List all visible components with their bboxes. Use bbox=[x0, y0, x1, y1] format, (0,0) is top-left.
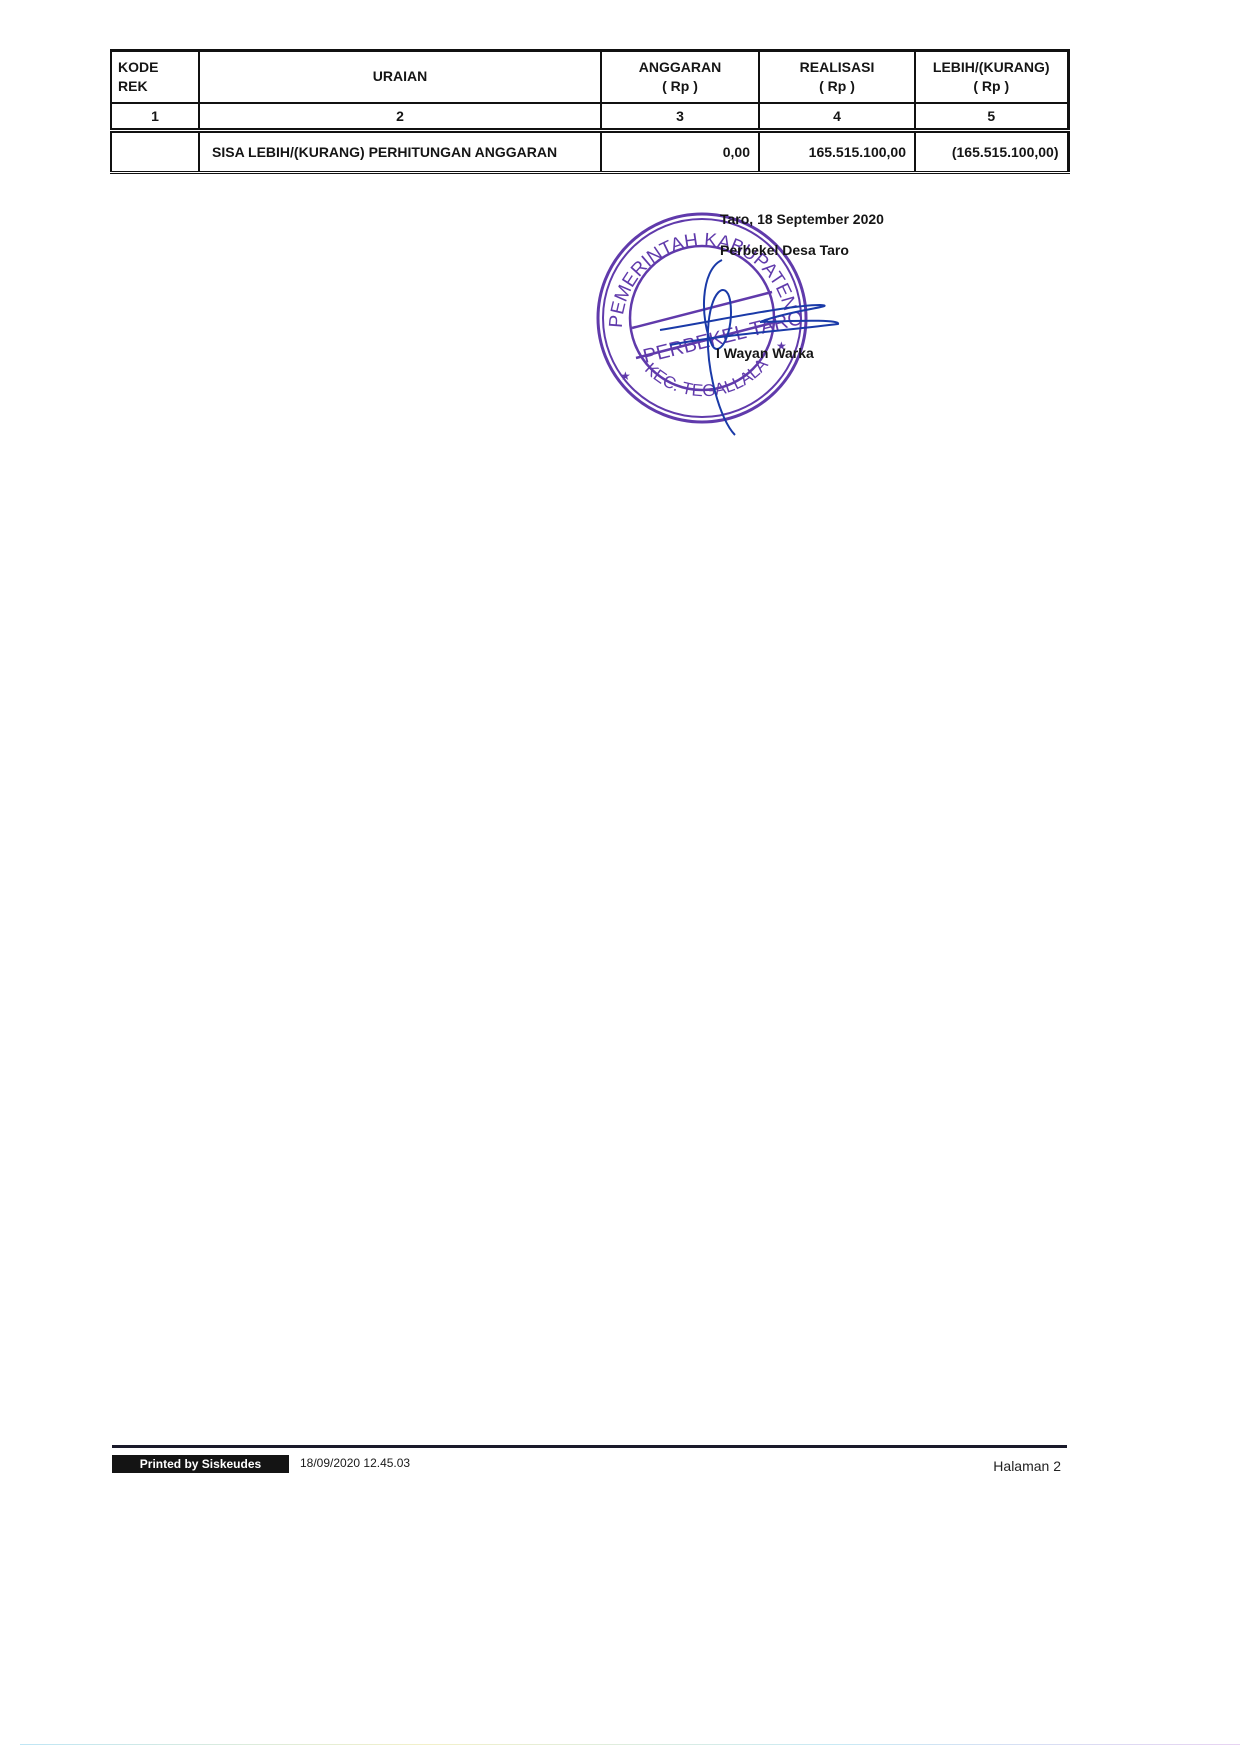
cell-kode-rek bbox=[111, 131, 199, 173]
budget-realization-table: KODE REK URAIAN ANGGARAN( Rp ) REALISASI… bbox=[110, 49, 1070, 174]
cell-lebih-kurang: (165.515.100,00) bbox=[915, 131, 1068, 173]
signature-place-date: Taro, 18 September 2020 bbox=[720, 211, 884, 227]
cell-anggaran: 0,00 bbox=[601, 131, 759, 173]
signature-title: Perbekel Desa Taro bbox=[720, 242, 849, 258]
header-anggaran: ANGGARAN( Rp ) bbox=[601, 51, 759, 103]
column-number: 2 bbox=[199, 103, 601, 131]
footer-divider bbox=[112, 1445, 1067, 1448]
column-number-row: 1 2 3 4 5 bbox=[111, 103, 1068, 131]
scan-edge-line bbox=[20, 1744, 1240, 1745]
cell-realisasi: 165.515.100,00 bbox=[759, 131, 915, 173]
signatory-name: I Wayan Warka bbox=[716, 345, 814, 361]
header-lebih-kurang: LEBIH/(KURANG)( Rp ) bbox=[915, 51, 1068, 103]
svg-text:★: ★ bbox=[620, 369, 631, 383]
header-uraian: URAIAN bbox=[199, 51, 601, 103]
print-timestamp: 18/09/2020 12.45.03 bbox=[300, 1456, 410, 1470]
column-number: 3 bbox=[601, 103, 759, 131]
column-number: 5 bbox=[915, 103, 1068, 131]
page-number: Halaman 2 bbox=[993, 1458, 1061, 1474]
table-row: SISA LEBIH/(KURANG) PERHITUNGAN ANGGARAN… bbox=[111, 131, 1068, 173]
cell-uraian: SISA LEBIH/(KURANG) PERHITUNGAN ANGGARAN bbox=[199, 131, 601, 173]
printed-by-badge: Printed by Siskeudes bbox=[112, 1455, 289, 1473]
table-header-row: KODE REK URAIAN ANGGARAN( Rp ) REALISASI… bbox=[111, 51, 1068, 103]
column-number: 1 bbox=[111, 103, 199, 131]
header-kode-rek: KODE REK bbox=[111, 51, 199, 103]
header-realisasi: REALISASI( Rp ) bbox=[759, 51, 915, 103]
column-number: 4 bbox=[759, 103, 915, 131]
